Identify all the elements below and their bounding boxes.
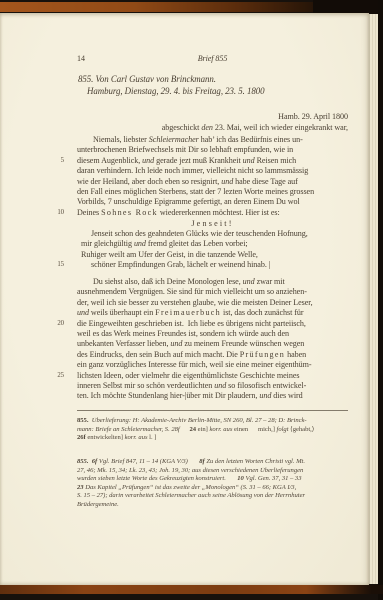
text-segment: Jenseit schon des geahndeten Glücks wie …	[91, 229, 308, 238]
poem-line: mir gleichgültig und fremd gleitet das L…	[81, 239, 352, 249]
text-segment: 23. Mai, weil ich wieder eingekrankt war…	[213, 123, 348, 132]
text-segment	[226, 475, 237, 482]
apparatus-line: 26f entwickelten] korr. aus l. ]	[77, 434, 353, 443]
text-segment: Du siehst also, daß ich Deine Monologen …	[93, 277, 243, 286]
text-segment	[188, 458, 199, 465]
margin-line-number: 15	[50, 260, 64, 270]
text-segment: und	[259, 391, 271, 400]
text-segment: so filosofisch entwickel-	[226, 381, 306, 390]
body-line: ausnehmendem Vergnügen. Sie sind für mic…	[77, 287, 348, 297]
text-segment: den	[201, 123, 213, 132]
text-segment: S. 15 – 27); darin verarbeitet Schleierm…	[77, 492, 305, 499]
margin-line-number: 20	[50, 319, 64, 329]
body-line: Du siehst also, daß ich Deine Monologen …	[77, 277, 348, 287]
apparatus-line: mann: Briefe an Schleiermacher, S. 28f 2…	[77, 426, 353, 435]
body-line: diesem Augenblick, und gerade jezt muß K…	[77, 156, 348, 166]
text-segment: und	[221, 177, 233, 186]
text-segment: Deines	[77, 208, 101, 217]
text-segment: Vorbilds, 7 unschuldige Epigramme gefert…	[77, 197, 300, 206]
text-segment: abgeschickt	[162, 123, 202, 132]
body-line: Deines Sohnes Rock wiedererkennen möchte…	[77, 208, 348, 218]
text-segment: ein ganz vorzügliches Interesse für mich…	[77, 360, 312, 369]
critical-apparatus: 855. Überlieferung: H: Akademie-Archiv B…	[77, 417, 353, 443]
text-segment: wie der Heiland, aber doch eben so resig…	[77, 177, 221, 186]
text-segment: haben	[285, 350, 306, 359]
text-segment: der, weil ich sie besser zu verstehen gl…	[77, 298, 313, 307]
text-segment: fremd gleitet das Leben vorbei;	[146, 239, 248, 248]
text-segment: dies wird	[271, 391, 302, 400]
text-segment: gerade jezt muß Krankheit	[154, 156, 243, 165]
letter-paragraph-2: Du siehst also, daß ich Deine Monologen …	[77, 277, 348, 402]
dateline-place-date: Hamb. 29. April 1800	[77, 111, 348, 122]
body-line: ten. Ich möchte Stundenlang hier-|über m…	[77, 391, 348, 401]
body-line: der, weil ich sie besser zu verstehen gl…	[77, 298, 348, 308]
body-line: den Fall eines möglichen Sterbens, statt…	[77, 187, 348, 197]
text-segment: Ruhiger weilt am Ufer der Geist, in die …	[81, 250, 258, 259]
book-cover-bottom-edge	[0, 585, 383, 594]
text-segment: 26f	[77, 434, 86, 441]
text-segment: unbekanten Verfasser lieben,	[77, 339, 170, 348]
commentary-line: 27, 46; Mk. 15, 34; Lk. 23, 43; Joh. 19,…	[77, 467, 353, 476]
text-segment: wiedererkennen möchtest. Hier ist es:	[158, 208, 280, 217]
commentary-apparatus: 855. 6f Vgl. Brief 847, 11 – 14 (KGA V/3…	[77, 458, 353, 509]
text-segment: einen mich,]	[232, 426, 276, 433]
body-line: weil es das Werk meines Freundes ist, so…	[77, 329, 348, 339]
commentary-line: S. 15 – 27); darin verarbeitet Schleierm…	[77, 492, 353, 501]
body-line: die Eingeweihten geschrieben ist. Ich li…	[77, 319, 348, 329]
poem-line: Ruhiger weilt am Ufer der Geist, in die …	[81, 250, 352, 260]
poem-line: schöner Empfindungen Grab, lächelt er we…	[81, 260, 352, 270]
text-segment: ein]	[196, 426, 209, 433]
text-segment: und	[134, 239, 146, 248]
text-segment: des Eindrucks, den sein Buch auf mich ma…	[77, 350, 240, 359]
body-line: inneren Selbst mir so schön verdeutlicht…	[77, 381, 348, 391]
text-segment: Schleiermacher	[149, 135, 199, 144]
text-segment: Reisen mich	[255, 156, 297, 165]
text-segment: ⟨gehabt,⟩	[289, 426, 315, 433]
text-segment: und	[170, 339, 182, 348]
text-segment: und	[214, 381, 226, 390]
text-segment: schöner Empfindungen Grab, lächelt er we…	[91, 260, 270, 269]
text-segment: korr. aus	[209, 426, 232, 433]
text-segment: und	[243, 156, 255, 165]
text-segment: 855.	[77, 417, 88, 424]
body-line: lichsten Ideen, oder vielmehr die eigent…	[77, 371, 348, 381]
text-segment: habe diese Tage auf	[233, 177, 298, 186]
text-segment: hab’ ich das Bedürfnis eines un-	[199, 135, 303, 144]
text-segment: weil es das Werk meines Freundes ist, so…	[77, 329, 289, 338]
text-segment: entwickelten]	[86, 434, 125, 441]
book-cover-corner	[313, 0, 383, 14]
text-segment: Prüfungen	[240, 350, 285, 359]
text-segment: Sohnes Rock	[101, 208, 158, 217]
margin-line-number: 10	[50, 208, 64, 218]
text-segment: Vgl. Brief 847, 11 – 14 (KGA V/3)	[99, 458, 188, 465]
margin-line-number: 5	[50, 156, 64, 166]
book-photo-frame: 14 Brief 855 855. Von Carl Gustav von Br…	[0, 0, 383, 600]
text-segment: diesem Augenblick,	[77, 156, 142, 165]
text-segment: weils überhaupt ein	[89, 308, 155, 317]
text-segment: Brüdergemeine.	[77, 501, 119, 508]
body-line: wie der Heiland, aber doch eben so resig…	[77, 177, 348, 187]
apparatus-divider-rule	[77, 410, 348, 411]
text-segment: und	[142, 156, 154, 165]
poem-title: Jenseit!	[77, 219, 348, 228]
text-segment: Das Kapitel „Prüfungen“ ist das zweite d…	[85, 484, 296, 491]
text-segment: 855.	[77, 458, 88, 465]
text-segment: und	[77, 308, 89, 317]
text-segment: l. ]	[148, 434, 157, 441]
body-line: und weils überhaupt ein Freimauerbuch is…	[77, 308, 348, 318]
dateline: Hamb. 29. April 1800 abgeschickt den 23.…	[77, 111, 348, 133]
text-segment: ausnehmendem Vergnügen. Sie sind für mic…	[77, 287, 307, 296]
text-segment: folgt	[277, 426, 289, 433]
text-segment: lichsten Ideen, oder vielmehr die eigent…	[77, 371, 299, 380]
text-segment: daran verhindern. Ich leide noch immer, …	[77, 166, 308, 175]
margin-line-number: 25	[50, 371, 64, 381]
right-dark-edge	[378, 0, 383, 600]
text-segment: den Fall eines möglichen Sterbens, statt…	[77, 187, 314, 196]
apparatus-line: 855. Überlieferung: H: Akademie-Archiv B…	[77, 417, 353, 426]
text-segment: zwar mit	[255, 277, 285, 286]
letter-heading-line1: 855. Von Carl Gustav von Brinckmann.	[78, 74, 265, 86]
body-line: des Eindrucks, den sein Buch auf mich ma…	[77, 350, 348, 360]
text-segment: inneren Selbst mir so schön verdeutlicht…	[77, 381, 214, 390]
text-segment: die Eingeweihten geschrieben ist. Ich li…	[77, 319, 306, 328]
letter-paragraph-1: Niemals, liebster Schleiermacher hab’ ic…	[77, 135, 348, 218]
body-line: daran verhindern. Ich leide noch immer, …	[77, 166, 348, 176]
letter-heading-line2: Hamburg, Dienstag, 29. 4. bis Freitag, 2…	[78, 86, 265, 98]
text-segment: Vgl. Gen. 37, 31 – 33	[245, 475, 301, 482]
body-line: unbekanten Verfasser lieben, und zu mein…	[77, 339, 348, 349]
commentary-line: 855. 6f Vgl. Brief 847, 11 – 14 (KGA V/3…	[77, 458, 353, 467]
dateline-dispatch-note: abgeschickt den 23. Mai, weil ich wieder…	[77, 122, 348, 133]
text-segment: und	[243, 277, 255, 286]
text-segment: mann: Briefe an Schleiermacher, S. 28f	[77, 426, 180, 433]
text-segment: wurden sieben letzte Worte des Gekreuzig…	[77, 475, 226, 482]
commentary-line: Brüdergemeine.	[77, 501, 353, 510]
body-line: ein ganz vorzügliches Interesse für mich…	[77, 360, 348, 370]
text-segment: Zu den letzten Worten Christi vgl. Mt.	[206, 458, 305, 465]
text-segment: Freimauerbuch	[155, 308, 221, 317]
text-segment: ten. Ich möchte Stundenlang hier-|über m…	[77, 391, 259, 400]
text-segment: zu meinem Freunde wünschen wegen	[182, 339, 304, 348]
text-segment: korr. aus	[125, 434, 148, 441]
text-segment: ist, das doch zunächst für	[221, 308, 303, 317]
commentary-line: wurden sieben letzte Worte des Gekreuzig…	[77, 475, 353, 484]
body-line: Vorbilds, 7 unschuldige Epigramme gefert…	[77, 197, 348, 207]
running-title: Brief 855	[77, 54, 348, 63]
text-segment: unterbrochenen Briefwechsels mit Dir so …	[77, 145, 293, 154]
poem: Jenseit schon des geahndeten Glücks wie …	[81, 229, 352, 271]
letter-page: 14 Brief 855 855. Von Carl Gustav von Br…	[0, 13, 369, 586]
text-segment: 27, 46; Mk. 15, 34; Lk. 23, 43; Joh. 19,…	[77, 467, 303, 474]
text-segment: mir gleichgültig	[81, 239, 134, 248]
poem-line: Jenseit schon des geahndeten Glücks wie …	[81, 229, 352, 239]
text-segment: Überlieferung: H: Akademie-Archiv Berlin…	[92, 417, 307, 424]
letter-heading: 855. Von Carl Gustav von Brinckmann. Ham…	[78, 74, 265, 97]
commentary-line: 23 Das Kapitel „Prüfungen“ ist das zweit…	[77, 484, 353, 493]
body-line: Niemals, liebster Schleiermacher hab’ ic…	[77, 135, 348, 145]
text-segment: Niemals, liebster	[93, 135, 149, 144]
body-line: unterbrochenen Briefwechsels mit Dir so …	[77, 145, 348, 155]
